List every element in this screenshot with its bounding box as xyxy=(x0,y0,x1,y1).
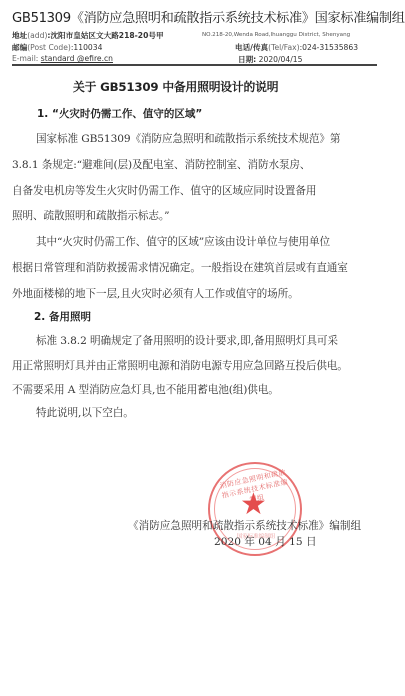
signature-organization: 《消防应急照明和疏散指示系统技术标准》编制组 xyxy=(128,518,361,533)
postcode-row: 邮编(Post Code):110034 xyxy=(12,42,102,53)
phone-value: :024-31535863 xyxy=(300,43,358,52)
paragraph-line: 标准 3.8.2 明确规定了备用照明的设计要求,即,备用照明灯具可采 xyxy=(36,333,338,348)
paragraph-line: 照明、疏散照明和疏散指示标志。” xyxy=(12,208,169,223)
paragraph-line: 不需要采用 A 型消防应急灯具,也不能用蓄电池(组)供电。 xyxy=(12,382,279,397)
postcode-value: :110034 xyxy=(71,43,103,52)
email-link[interactable]: standard @efire.cn xyxy=(41,54,113,63)
postcode-label-en: (Post Code) xyxy=(27,43,71,52)
header-divider xyxy=(12,64,377,66)
address-label: 地址 xyxy=(12,31,27,40)
section-1-heading: 1. “火灾时仍需工作、值守的区域” xyxy=(37,106,202,121)
address-label-en: (add) xyxy=(27,31,47,40)
paragraph-line: 特此说明,以下空白。 xyxy=(36,405,134,420)
address-row: 地址(add):沈阳市皇姑区文大路218-20号甲 xyxy=(12,30,164,41)
phone-label: 电话/传真 xyxy=(235,43,268,52)
document-title: 关于 GB51309 中备用照明设计的说明 xyxy=(73,78,278,95)
signature-date: 2020 年 04 月 15 日 xyxy=(214,534,317,549)
postcode-label: 邮编 xyxy=(12,43,27,52)
paragraph-line: 外地面楼梯的地下一层,且火灾时必须有人工作或值守的场所。 xyxy=(12,286,299,301)
paragraph-line: 自备发电机房等发生火灾时仍需工作、值守的区域应同时设置备用 xyxy=(12,183,316,198)
address-value: :沈阳市皇姑区文大路218-20号甲 xyxy=(47,31,163,40)
address-en: NO.218-20,Wenda Road,Ihuanggu District, … xyxy=(202,32,350,38)
email-row: E-mail: standard @efire.cn xyxy=(12,54,113,63)
phone-row: 电话/传真(Tel/Fax):024-31535863 xyxy=(235,42,358,53)
date-label: 日期: xyxy=(238,55,256,64)
paragraph-line: 国家标准 GB51309《消防应急照明和疏散指示系统技术规范》第 xyxy=(36,131,340,146)
star-icon: ★ xyxy=(240,490,267,520)
paragraph-line: 用正常照明灯具并由正常照明电源和消防电源专用应急回路互投后供电。 xyxy=(12,358,348,373)
letterhead-title: GB51309《消防应急照明和疏散指示系统技术标准》国家标准编制组 xyxy=(12,7,402,26)
phone-label-en: (Tel/Fax) xyxy=(268,43,299,52)
date-value: 2020/04/15 xyxy=(259,55,303,64)
paragraph-line: 根据日常管理和消防救援需求情况确定。一般指设在建筑首层或有直通室 xyxy=(12,260,348,275)
section-2-heading: 2. 备用照明 xyxy=(34,309,91,324)
email-label: E-mail: xyxy=(12,54,38,63)
paragraph-line: 3.8.1 条规定:“避难间(层)及配电室、消防控制室、消防水泵房、 xyxy=(12,157,310,172)
paragraph-line: 其中“火灾时仍需工作、值守的区域”应该由设计单位与使用单位 xyxy=(36,234,330,249)
